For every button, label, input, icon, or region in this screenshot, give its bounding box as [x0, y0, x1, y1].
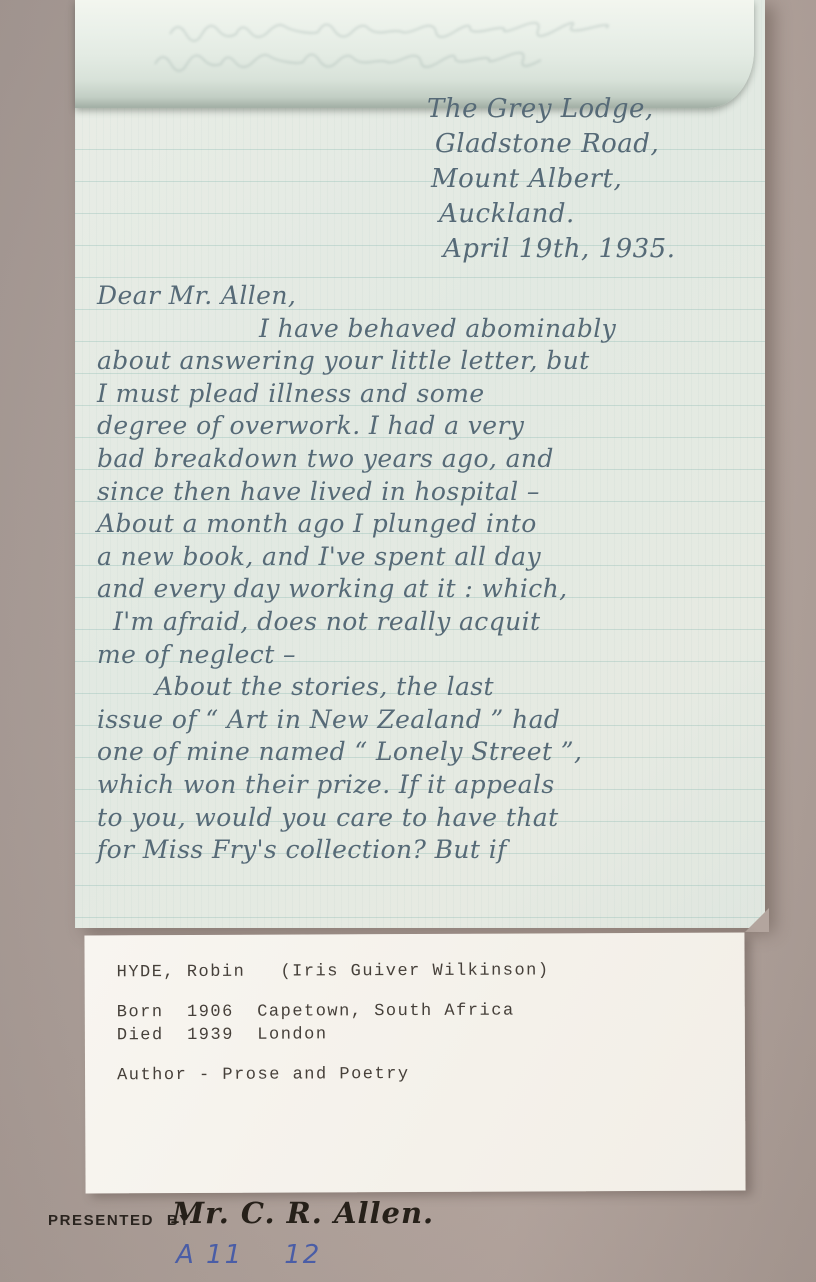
letter-body-line: and every day working at it : which, [97, 573, 747, 606]
letter-body-line: degree of overwork. I had a very [97, 410, 747, 443]
letter-salutation: Dear Mr. Allen, [97, 280, 747, 313]
presented-by-stamp: PRESENTED BY [48, 1212, 191, 1229]
biography-index-card: HYDE, Robin (Iris Guiver Wilkinson) Born… [84, 933, 745, 1194]
letter-body-line: to you, would you care to have that [97, 802, 747, 835]
letter-body-line: which won their prize. If it appeals [97, 769, 747, 802]
letter-body-line: since then have lived in hospital – [97, 476, 747, 509]
handwritten-letter: The Grey Lodge, Gladstone Road, Mount Al… [75, 0, 765, 928]
letter-body-line: a new book, and I've spent all day [97, 541, 747, 574]
card-name-line: HYDE, Robin (Iris Guiver Wilkinson) [117, 961, 550, 982]
letter-address-block: The Grey Lodge, Gladstone Road, Mount Al… [427, 92, 675, 267]
letter-date: April 19th, 1935. [443, 232, 675, 267]
card-occupation-line: Author - Prose and Poetry [117, 1065, 410, 1085]
letter-body-line: bad breakdown two years ago, and [97, 443, 747, 476]
address-line: Gladstone Road, [435, 127, 675, 162]
address-line: Mount Albert, [431, 162, 675, 197]
ghost-writing-show-through [130, 6, 730, 86]
letter-body-line: I have behaved abominably [97, 313, 747, 346]
letter-body-line: for Miss Fry's collection? But if [97, 834, 747, 867]
letter-body-line: one of mine named “ Lonely Street ”, [97, 736, 747, 769]
letter-body-line: I'm afraid, does not really acquit [97, 606, 747, 639]
letter-body-line: About a month ago I plunged into [97, 508, 747, 541]
letter-body-line: me of neglect – [97, 639, 747, 672]
letter-body-line: about answering your little letter, but [97, 345, 747, 378]
catalog-number: A 11 12 [176, 1240, 321, 1270]
card-born-line: Born 1906 Capetown, South Africa [117, 1002, 515, 1023]
address-line: Auckland. [439, 197, 675, 232]
address-line: The Grey Lodge, [427, 92, 675, 127]
letter-body: Dear Mr. Allen, I have behaved abominabl… [97, 280, 747, 867]
letter-body-line: issue of “ Art in New Zealand ” had [97, 704, 747, 737]
presenter-name-handwritten: Mr. C. R. Allen. [172, 1196, 434, 1230]
letter-body-line: I must plead illness and some [97, 378, 747, 411]
archive-photo-scene: The Grey Lodge, Gladstone Road, Mount Al… [0, 0, 816, 1282]
card-died-line: Died 1939 London [117, 1025, 328, 1045]
letter-body-line: About the stories, the last [97, 671, 747, 704]
